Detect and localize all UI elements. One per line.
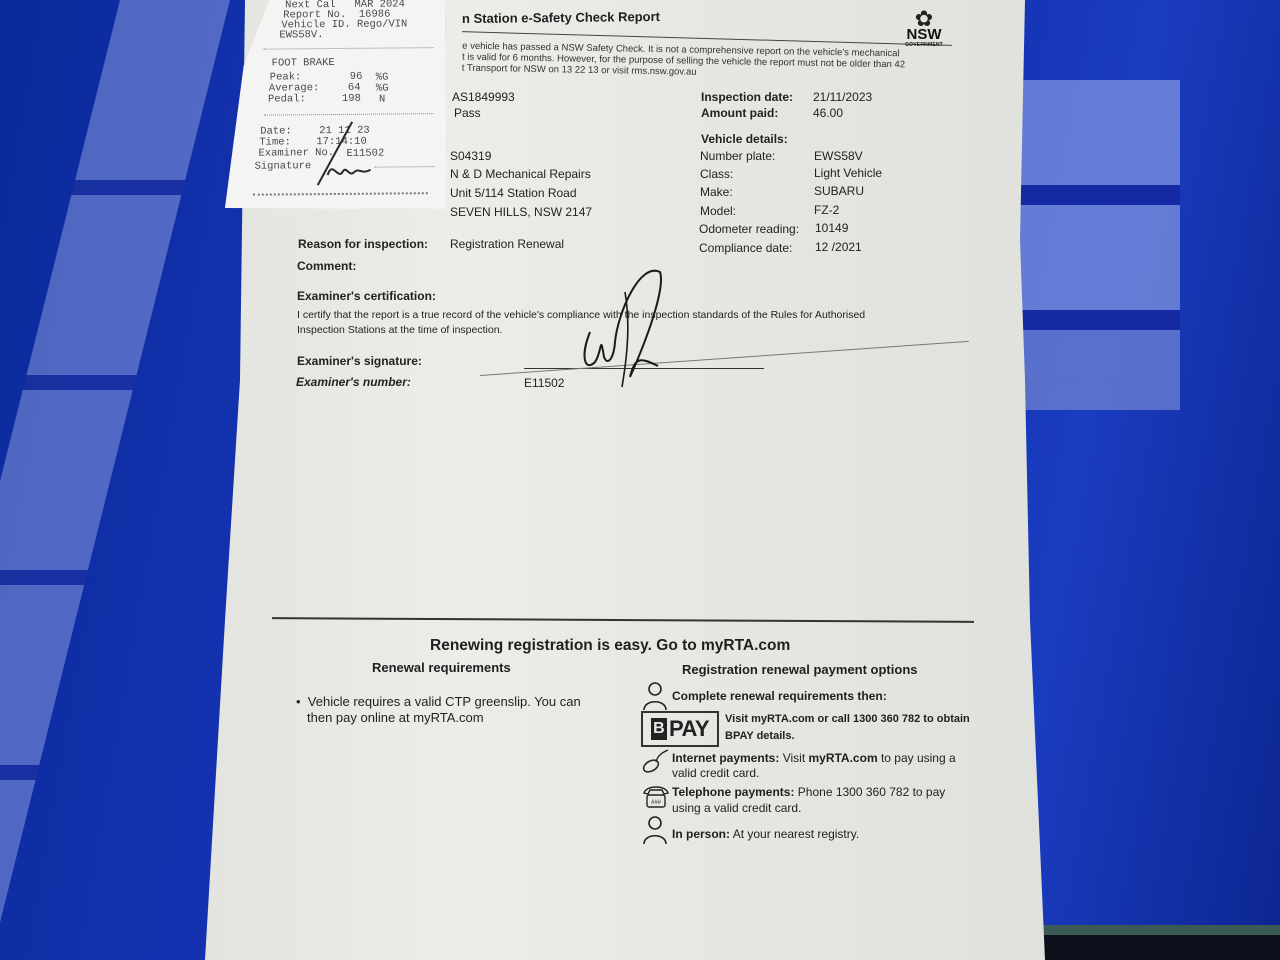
payment-options-heading: Registration renewal payment options bbox=[682, 662, 918, 677]
internet-payments-cont: valid credit card. bbox=[672, 766, 759, 780]
comment-label: Comment: bbox=[297, 259, 356, 273]
vehicle-field-value: Light Vehicle bbox=[814, 166, 882, 180]
renewal-headline: Renewing registration is easy. Go to myR… bbox=[430, 637, 790, 655]
car-reflection-right bbox=[1010, 80, 1180, 410]
complete-requirements-text: Complete renewal requirements then: bbox=[672, 689, 887, 703]
examiner-signature-label: Examiner's signature: bbox=[297, 354, 422, 368]
internet-payments: Internet payments: Visit myRTA.com to pa… bbox=[672, 751, 956, 765]
inspection-result: Pass bbox=[454, 106, 481, 120]
myrta-link[interactable]: myRTA.com bbox=[808, 751, 877, 765]
examiner-number-label: Examiner's number: bbox=[296, 375, 411, 389]
telephone-payments-cont: using a valid credit card. bbox=[672, 801, 801, 815]
vehicle-field-label: Compliance date: bbox=[699, 241, 792, 255]
svg-text:###: ### bbox=[651, 800, 662, 806]
station-address-2: SEVEN HILLS, NSW 2147 bbox=[450, 205, 592, 219]
vehicle-field-label: Class: bbox=[700, 167, 733, 181]
vehicle-field-label: Model: bbox=[700, 204, 736, 218]
mouse-icon bbox=[640, 748, 670, 776]
in-person-icon bbox=[642, 815, 668, 845]
examiner-number-value: E11502 bbox=[524, 376, 564, 390]
in-person-payments: In person: At your nearest registry. bbox=[672, 827, 859, 841]
vehicle-field-label: Make: bbox=[700, 185, 733, 199]
certification-heading: Examiner's certification: bbox=[297, 289, 436, 303]
reason-label: Reason for inspection: bbox=[298, 237, 428, 251]
vehicle-field-value: FZ-2 bbox=[814, 203, 839, 217]
telephone-payments: Telephone payments: Phone 1300 360 782 t… bbox=[672, 785, 945, 799]
vehicle-field-value: 10149 bbox=[815, 221, 848, 235]
bpay-logo: B PAY bbox=[641, 711, 719, 747]
inspection-date-label: Inspection date: bbox=[701, 90, 793, 104]
requirement-bullet-cont: then pay online at myRTA.com bbox=[307, 710, 484, 725]
reason-value: Registration Renewal bbox=[450, 237, 564, 251]
amount-paid-value: 46.00 bbox=[813, 106, 843, 120]
station-number: S04319 bbox=[450, 149, 491, 163]
requirement-bullet: • Vehicle requires a valid CTP greenslip… bbox=[296, 694, 581, 709]
car-reflection-left bbox=[0, 0, 230, 960]
car-bottom-edge bbox=[1030, 935, 1280, 960]
examiner-signature bbox=[570, 262, 670, 392]
vehicle-details-heading: Vehicle details: bbox=[701, 132, 788, 146]
amount-paid-label: Amount paid: bbox=[701, 106, 778, 120]
inspection-date-value: 21/11/2023 bbox=[813, 90, 872, 104]
person-icon bbox=[642, 681, 668, 711]
receipt-signature bbox=[312, 120, 383, 191]
bullet-icon: • bbox=[296, 694, 308, 709]
nsw-government-logo: ✿ NSW GOVERNMENT bbox=[898, 10, 950, 48]
vehicle-field-value: 12 /2021 bbox=[815, 240, 862, 254]
station-address-1: Unit 5/114 Station Road bbox=[450, 186, 577, 200]
vehicle-field-label: Odometer reading: bbox=[699, 222, 799, 236]
telephone-icon: ### bbox=[642, 783, 670, 809]
receipt-divider bbox=[264, 113, 434, 115]
report-number: AS1849993 bbox=[452, 90, 515, 104]
renewal-requirements-heading: Renewal requirements bbox=[372, 660, 511, 675]
vehicle-field-label: Number plate: bbox=[700, 149, 775, 163]
report-title: n Station e-Safety Check Report bbox=[462, 9, 660, 26]
station-name: N & D Mechanical Repairs bbox=[450, 167, 591, 181]
certification-text-2: Inspection Stations at the time of inspe… bbox=[297, 324, 502, 336]
receipt-divider bbox=[264, 47, 434, 49]
vehicle-field-value: EWS58V bbox=[814, 149, 863, 163]
car-trim bbox=[1040, 925, 1280, 935]
bpay-text-1: Visit myRTA.com or call 1300 360 782 to … bbox=[725, 713, 970, 725]
bpay-b-icon: B bbox=[651, 718, 667, 740]
receipt-section: FOOT BRAKE bbox=[272, 58, 335, 69]
bpay-text-2: BPAY details. bbox=[725, 730, 795, 742]
vehicle-field-value: SUBARU bbox=[814, 184, 864, 198]
receipt-barcode-dots bbox=[253, 192, 428, 196]
